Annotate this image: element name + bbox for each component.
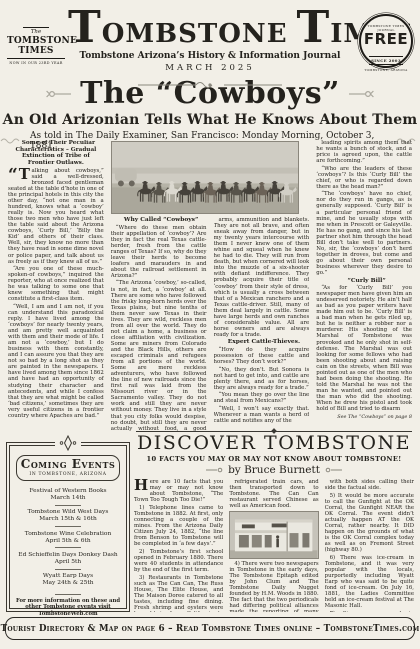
discover-column-1-paragraphs: 1) Telephone lines came to Tombstone in … (134, 505, 223, 612)
paragraph: “The Arizona ‘cowboy,’ so-called, is not… (111, 280, 207, 431)
column-kicker: Some of Their Peculiar Characteristics –… (8, 140, 104, 166)
paragraph: “You mean they go over the line and stea… (214, 392, 310, 404)
paragraph: 4) There were two newspapers in Tombston… (229, 561, 318, 612)
column-3-paragraphs: “How do they acquire possession of these… (214, 347, 310, 424)
paragraph: with both sides calling their side the f… (325, 479, 414, 491)
column-1-paragraphs: “Are you one of these much-spoken-of cow… (8, 266, 104, 419)
section-divider (136, 431, 412, 432)
article-column-4: leading spirits among them that he wants… (316, 140, 412, 431)
column-4-top-paragraphs: leading spirits among them that he wants… (316, 140, 412, 276)
paragraph: 2) Tombstone’s first school opened in Fe… (134, 549, 223, 573)
coming-events-inner: Coming Events IN TOMBSTONE, ARIZONA Fest… (9, 445, 127, 609)
discover-heading: DISCOVER TOMBSTONE (137, 434, 411, 453)
cowboys-on-horseback-photo (111, 141, 299, 214)
can-can-restaurant-photo (229, 511, 318, 559)
discover-column-2: refrigerated train cars, and then transp… (229, 479, 318, 612)
drop-cap: T (19, 168, 30, 181)
event-item: Ed Schieffelin Days Donkey Dash April 5t… (14, 552, 122, 566)
discover-tombstone-section: DISCOVER TOMBSTONE 10 FACTS YOU MAY OR M… (134, 434, 414, 612)
person-silhouette (276, 535, 279, 547)
paragraph: “Well, I am and I am not, if you can und… (8, 304, 104, 419)
seal-free-label: FREE (361, 32, 411, 47)
events-location: IN TOMBSTONE, ARIZONA (18, 472, 118, 477)
discover-column-1: Here are 10 facts that you may or may no… (134, 479, 223, 612)
paragraph: arms, ammunition and blankets. They are … (214, 217, 310, 338)
byline-flourish-left-icon (205, 467, 223, 473)
continued-on-page-note: See The “Cowboys” on page 8 (316, 414, 412, 420)
paper-title: TombstoneTimes (68, 8, 352, 50)
events-crest-ornament (55, 435, 81, 451)
opening-quote-mark: “ (8, 169, 18, 182)
paragraph: “Are you one of these much-spoken-of cow… (8, 266, 104, 302)
bottom-banner: Tourist Directory & Map on page 6 – Read… (5, 617, 415, 640)
paragraph: 5) It would be more accurate to call the… (325, 493, 414, 553)
paragraph: 7) Sirens were used in Tombstone to mark… (325, 611, 414, 612)
discover-columns: Here are 10 facts that you may or may no… (134, 479, 414, 612)
lead-paragraph: “Talking about cowboys,” said a well-dre… (8, 168, 104, 265)
badge-the: The (23, 27, 49, 35)
discover-heading-row: DISCOVER TOMBSTONE (134, 434, 414, 453)
discover-column-3: with both sides calling their side the f… (325, 479, 414, 612)
seal-since-label: SINCE 2003 (369, 56, 403, 65)
tombstone-times-logo-badge: The TOMBSTONE TIMES NOW IN OUR 23RD YEAR (7, 18, 65, 65)
flourish-divider-icon (130, 81, 290, 89)
discover-lead-paragraph: Here are 10 facts that you may or may no… (134, 479, 223, 503)
events-title-box: Coming Events IN TOMBSTONE, ARIZONA (16, 455, 120, 481)
column-2-paragraphs: “Where do these men obtain their appella… (111, 225, 207, 431)
byline-flourish-right-icon (325, 467, 343, 473)
coming-events-box: Coming Events IN TOMBSTONE, ARIZONA Fest… (6, 442, 130, 612)
bottom-banner-text: Tourist Directory & Map on page 6 – Read… (1, 624, 420, 634)
issue-date: MARCH 2025 (68, 63, 352, 73)
paragraph: “No, they don’t. But Sonora is not hard … (214, 367, 310, 391)
masthead: The TOMBSTONE TIMES NOW IN OUR 23RD YEAR… (0, 0, 420, 78)
section-heading-curly-bill: “Curly Bill” (316, 278, 412, 284)
masthead-divider-ornament (68, 74, 352, 93)
drop-cap: H (134, 479, 148, 492)
event-item: Wyatt Earp Days May 24th & 25th (14, 573, 122, 587)
event-item: Tombstone Wild West Days March 15th & 16… (14, 509, 122, 523)
badge-name-line2: TIMES (7, 47, 65, 57)
paragraph: “The ‘cowboys’ have no chief, nor do the… (316, 191, 412, 276)
badge-tagline: NOW IN OUR 23RD YEAR (7, 58, 65, 65)
column-4-paragraphs: “As for ‘Curly Bill’ you newspaper men h… (316, 285, 412, 412)
section-heading-cattle-thieves: Expert Cattle-Thieves. (214, 339, 310, 345)
discover-subheading: 10 FACTS YOU MAY OR MAY NOT KNOW ABOUT T… (134, 455, 414, 463)
column-3-top-paragraphs: arms, ammunition and blankets. They are … (214, 217, 310, 338)
discover-column-2-top-paragraphs: refrigerated train cars, and then transp… (229, 479, 318, 509)
events-title: Coming Events (18, 458, 118, 470)
seal-arc-bottom: TOMBSTONE, ARIZONA (361, 68, 411, 72)
article-column-1: Some of Their Peculiar Characteristics –… (8, 140, 104, 431)
paragraph: 3) Restaurants in Tombstone such as The … (134, 575, 223, 612)
paragraph: refrigerated train cars, and then transp… (229, 479, 318, 509)
newspaper-front-page: The TOMBSTONE TIMES NOW IN OUR 23RD YEAR… (0, 0, 420, 649)
discover-column-2-paragraphs: 4) There were two newspapers in Tombston… (229, 561, 318, 612)
paragraph: 6) There was ice-cream in Tombstone, and… (325, 555, 414, 609)
paragraph: “As for ‘Curly Bill’ you newspaper men h… (316, 285, 412, 412)
event-item: Festival of Western Books March 14th (14, 488, 122, 502)
event-item: Tombstone Wine Celebration April 5th & 6… (14, 531, 122, 545)
masthead-center: TombstoneTimes Tombstone Arizona’s Histo… (68, 8, 352, 93)
free-seal-badge: TOMBSTONE TIMES JOURNAL FREE SINCE 2003 … (359, 14, 413, 68)
sub-headline: An Old Arizonian Tells What He Knows Abo… (0, 112, 420, 128)
events-footer-note: For more information on these and other … (14, 594, 122, 617)
paragraph: leading spirits among them that he wants… (316, 140, 412, 164)
crest-icon (59, 435, 77, 451)
paragraph: “Who are the leaders of these ‘cowboys’?… (316, 166, 412, 190)
discover-byline-row: by Bruce Burnett (134, 464, 414, 476)
article-body: Some of Their Peculiar Characteristics –… (8, 140, 412, 431)
events-list: Festival of Western Books March 14thTomb… (14, 488, 122, 587)
discover-column-3-paragraphs: with both sides calling their side the f… (325, 479, 414, 612)
paragraph: “How do they acquire possession of these… (214, 347, 310, 365)
paper-title-word1: Tombstone (68, 8, 288, 54)
discover-byline: by Bruce Burnett (228, 464, 320, 476)
paragraph: “Where do these men obtain their appella… (111, 225, 207, 279)
photo-caption-heading: Why Called “Cowboys” (111, 217, 207, 223)
paper-subtitle: Tombstone Arizona’s History & Informatio… (68, 51, 352, 61)
paragraph: “Well, I won’t say exactly that. Wheneve… (214, 406, 310, 424)
paragraph: 1) Telephone lines came to Tombstone in … (134, 505, 223, 547)
